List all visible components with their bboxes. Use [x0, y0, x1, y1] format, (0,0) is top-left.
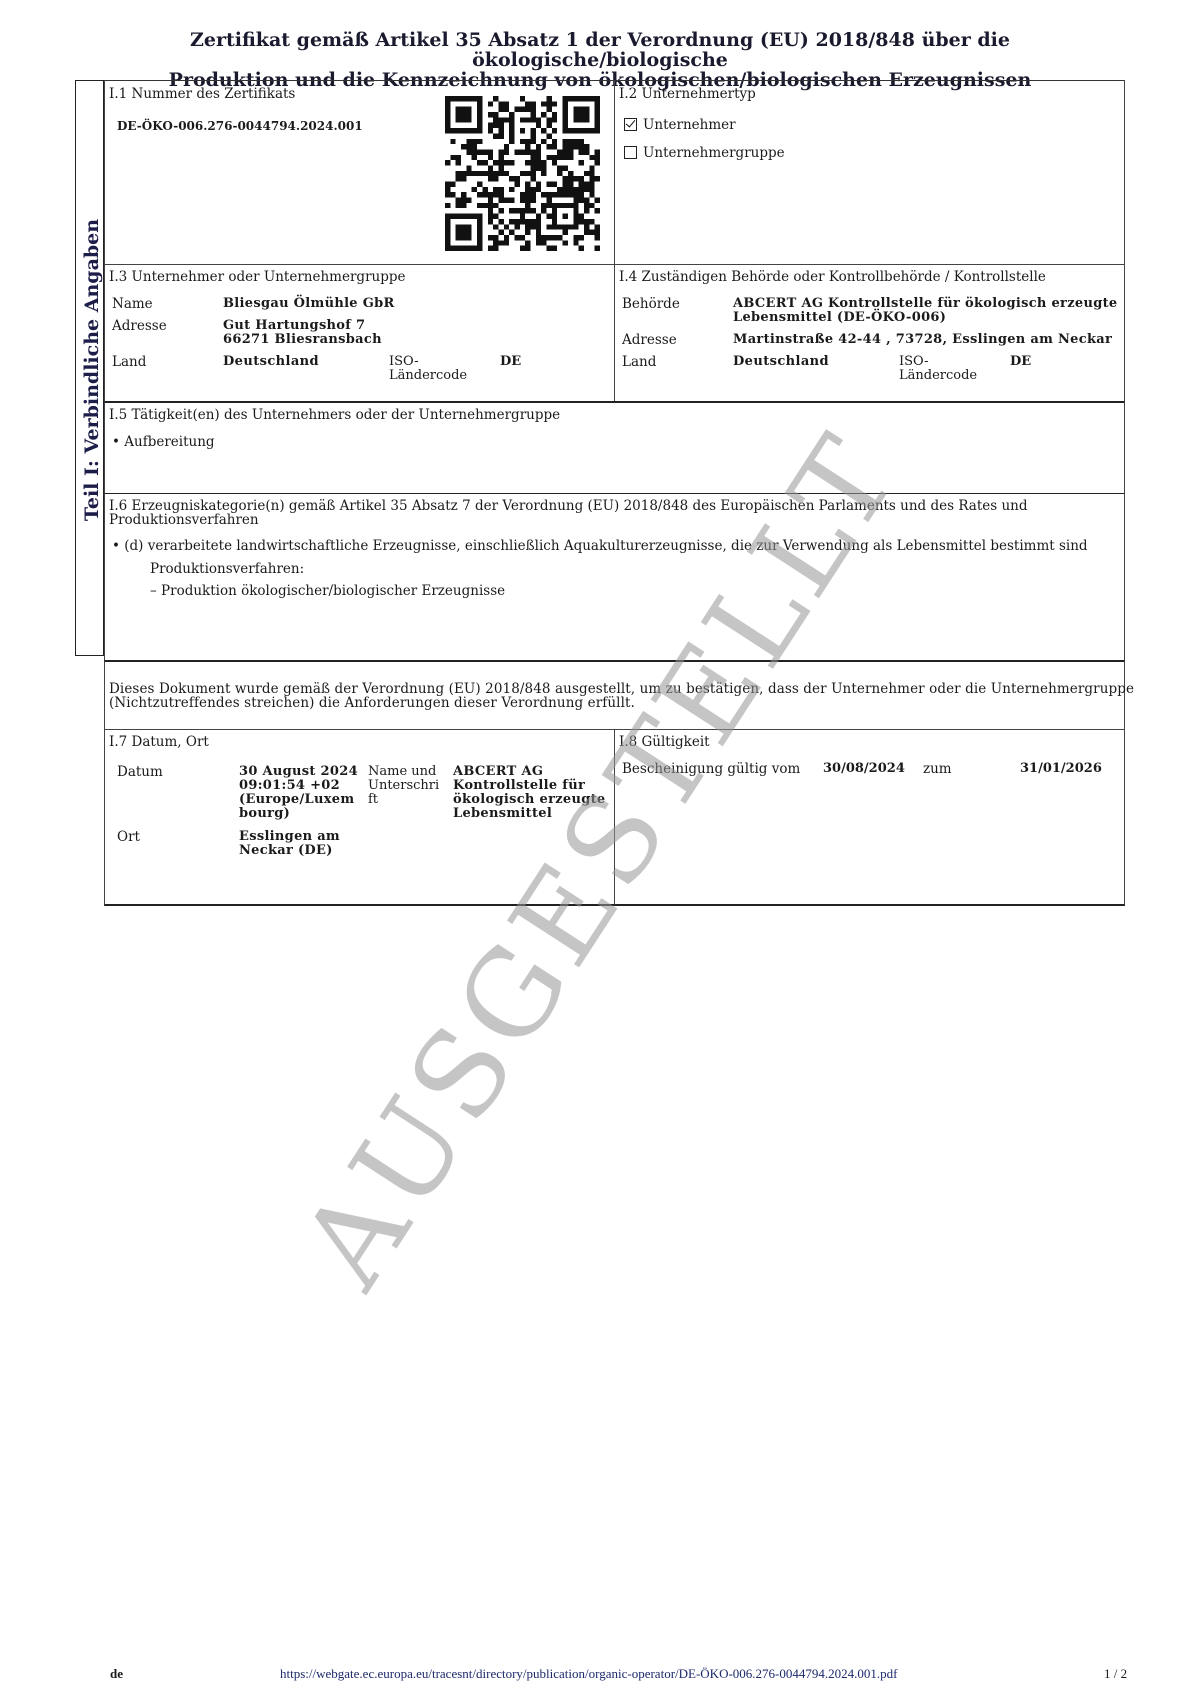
production-method: – Produktion ökologischer/biologischer E… [150, 583, 505, 599]
signatory: ABCERT AG Kontrollstelle für ökologisch … [453, 765, 606, 821]
operator-address: Gut Hartungshof 7 66271 Bliesransbach [223, 319, 382, 347]
section-i7-heading: I.7 Datum, Ort [109, 734, 209, 750]
section-i8 [614, 729, 1125, 906]
name-label: Name [112, 296, 153, 312]
qr-code-icon [445, 96, 600, 251]
footer-page-number: 1 / 2 [1104, 1666, 1127, 1682]
footer-url-link[interactable]: https://webgate.ec.europa.eu/tracesnt/di… [280, 1666, 897, 1682]
title-line-1: Zertifikat gemäß Artikel 35 Absatz 1 der… [60, 30, 1140, 70]
valid-to: 31/01/2026 [1020, 762, 1102, 776]
checkbox-checked-icon[interactable] [624, 118, 637, 131]
issue-date: 30 August 2024 09:01:54 +02 (Europe/Luxe… [239, 765, 358, 821]
side-label: Teil I: Verbindliche Angaben [81, 219, 103, 521]
validity-label: Bescheinigung gültig vom [622, 761, 800, 777]
option-unternehmer[interactable]: Unternehmer [624, 117, 736, 133]
issue-place: Esslingen am Neckar (DE) [239, 830, 340, 858]
operator-country: Deutschland [223, 355, 319, 369]
production-method-label: Produktionsverfahren: [150, 561, 304, 577]
section-i1-heading: I.1 Nummer des Zertifikats [109, 86, 295, 102]
authority-iso: DE [1010, 355, 1031, 369]
option-label: Unternehmergruppe [643, 145, 785, 161]
operator-name: Bliesgau Ölmühle GbR [223, 297, 395, 311]
authority-name: ABCERT AG Kontrollstelle für ökologisch … [733, 297, 1117, 325]
section-i8-heading: I.8 Gültigkeit [619, 734, 710, 750]
country-label: Land [112, 354, 146, 370]
authority-address: Martinstraße 42-44 , 73728, Esslingen am… [733, 333, 1112, 347]
valid-from: 30/08/2024 [823, 762, 905, 776]
signature-label: Name und Unterschri ft [368, 765, 439, 807]
iso-label: ISO- Ländercode [389, 355, 467, 383]
valid-to-label: zum [923, 761, 952, 777]
statement-text: Dieses Dokument wurde gemäß der Verordnu… [109, 682, 1134, 710]
section-i6-heading: I.6 Erzeugniskategorie(n) gemäß Artikel … [109, 499, 1028, 527]
footer-language: de [110, 1666, 123, 1682]
section-i3-heading: I.3 Unternehmer oder Unternehmergruppe [109, 269, 406, 285]
section-i2 [614, 80, 1125, 265]
activity-item: • Aufbereitung [112, 434, 215, 450]
address-label: Adresse [112, 318, 167, 334]
place-label: Ort [117, 829, 140, 845]
date-label: Datum [117, 764, 163, 780]
certificate-number: DE-ÖKO-006.276-0044794.2024.001 [117, 119, 363, 133]
section-i4-heading: I.4 Zuständigen Behörde oder Kontrollbeh… [619, 269, 1046, 285]
section-i5-heading: I.5 Tätigkeit(en) des Unternehmers oder … [109, 407, 560, 423]
operator-iso: DE [500, 355, 521, 369]
option-label: Unternehmer [643, 117, 736, 133]
authority-country-label: Land [622, 354, 656, 370]
authority-iso-label: ISO- Ländercode [899, 355, 977, 383]
authority-address-label: Adresse [622, 332, 677, 348]
authority-country: Deutschland [733, 355, 829, 369]
section-i2-heading: I.2 Unternehmertyp [619, 86, 756, 102]
authority-label: Behörde [622, 296, 680, 312]
option-unternehmergruppe[interactable]: Unternehmergruppe [624, 145, 785, 161]
product-category: • (d) verarbeitete landwirtschaftliche E… [112, 538, 1088, 554]
checkbox-empty-icon[interactable] [624, 146, 637, 159]
